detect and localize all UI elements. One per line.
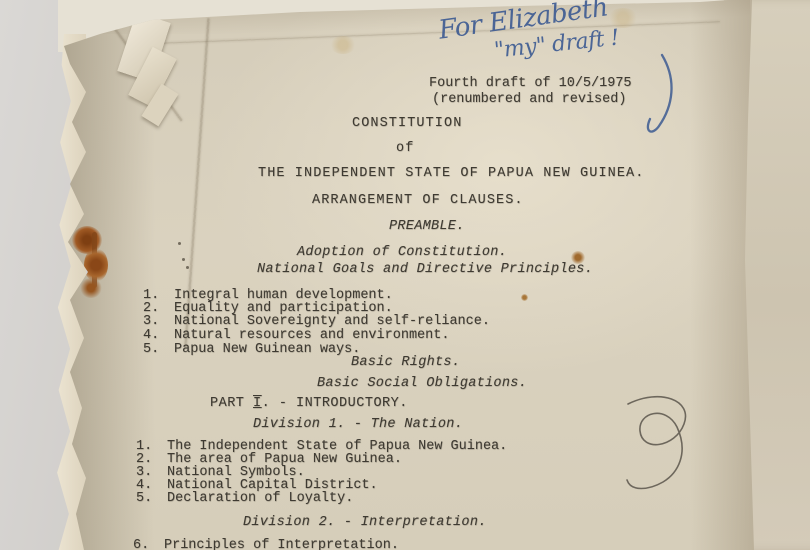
- item-number: 5.: [136, 492, 167, 506]
- document-title: CONSTITUTION: [352, 117, 462, 131]
- goals-list-item: 4.Natural resources and environment.: [143, 329, 449, 343]
- typed-text-layer: Fourth draft of 10/5/1975 (renumbered an…: [0, 0, 810, 550]
- item-number: 5.: [143, 343, 174, 357]
- item-number: 4.: [143, 329, 174, 343]
- draft-note-line2: (renumbered and revised): [432, 93, 626, 107]
- item-text: Declaration of Loyalty.: [167, 491, 353, 506]
- basic-rights-heading: Basic Rights.: [351, 356, 460, 370]
- adoption-heading: Adoption of Constitution.: [297, 246, 507, 260]
- preamble-heading: PREAMBLE.: [389, 220, 465, 234]
- part1-heading: PART I. - INTRODUCTORY.: [210, 397, 408, 411]
- division2-heading: Division 2. - Interpretation.: [243, 516, 487, 530]
- national-goals-heading: National Goals and Directive Principles.: [257, 263, 593, 277]
- part-prefix: PART: [210, 396, 253, 411]
- photo-of-document: Fourth draft of 10/5/1975 (renumbered an…: [0, 0, 810, 550]
- item-number: 3.: [143, 315, 174, 329]
- state-name-line: THE INDEPENDENT STATE OF PAPUA NEW GUINE…: [258, 167, 644, 181]
- nation-list-item: 5.Declaration of Loyalty.: [136, 492, 353, 506]
- arrangement-heading: ARRANGEMENT OF CLAUSES.: [312, 194, 524, 208]
- draft-note-line1: Fourth draft of 10/5/1975: [429, 77, 632, 91]
- title-of: of: [396, 142, 414, 156]
- goals-list-item: 5.Papua New Guinean ways.: [143, 343, 360, 357]
- part-rest: . - INTRODUCTORY.: [262, 396, 408, 411]
- item-text: National Sovereignty and self-reliance.: [174, 314, 490, 329]
- part-numeral: I: [253, 396, 262, 411]
- item-text: Papua New Guinean ways.: [174, 342, 360, 357]
- division1-heading: Division 1. - The Nation.: [253, 418, 463, 432]
- interpretation-list-item: 6.Principles of Interpretation.: [133, 539, 399, 550]
- basic-social-heading: Basic Social Obligations.: [317, 377, 527, 391]
- item-text: Natural resources and environment.: [174, 328, 449, 343]
- item-number: 6.: [133, 539, 164, 550]
- item-text: Principles of Interpretation.: [164, 538, 399, 550]
- goals-list-item: 3.National Sovereignty and self-reliance…: [143, 315, 490, 329]
